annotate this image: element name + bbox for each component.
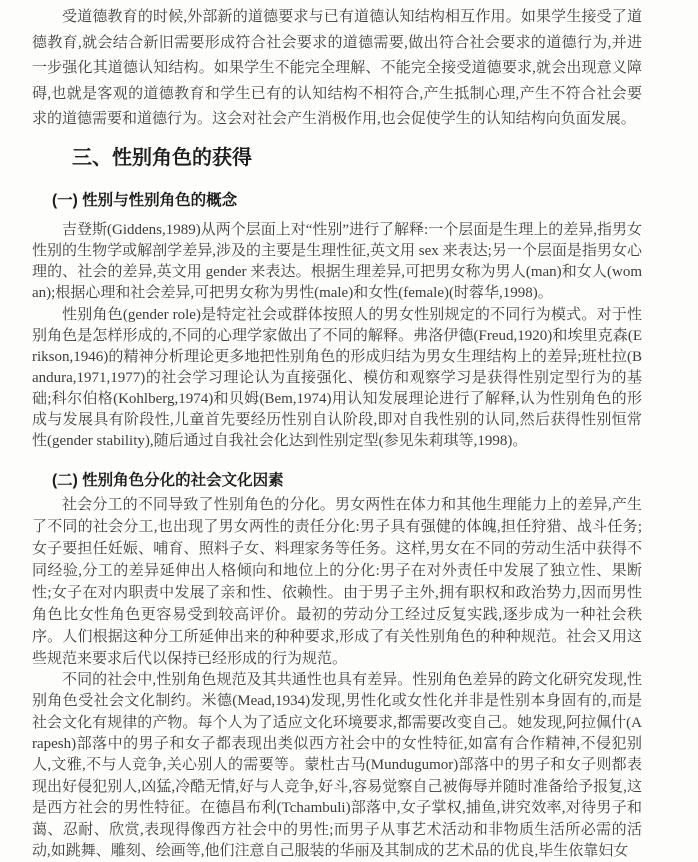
section-heading: 三、性别角色的获得: [72, 145, 642, 171]
paragraph-cross-cultural-studies: 不同的社会中,性别角色规范及其共通性也具有差异。性别角色差异的跨文化研究发现,性…: [32, 670, 642, 862]
paragraph-division-of-labor: 社会分工的不同导致了性别角色的分化。男女两性在体力和其他生理能力上的差异,产生了…: [32, 494, 642, 670]
paragraph-moral-education-continued: 受道德教育的时候,外部新的道德要求与已有道德认知结构相互作用。如果学生接受了道德…: [32, 5, 642, 133]
paragraph-gender-concept: 吉登斯(Giddens,1989)从两个层面上对“性别”进行了解释:一个层面是生…: [32, 220, 642, 305]
subsection-heading-1: (一) 性别与性别角色的概念: [52, 191, 642, 211]
paragraph-gender-role-theories: 性别角色(gender role)是特定社会或群体按照人的男女性别规定的不同行为…: [32, 305, 642, 452]
subsection-heading-2: (二) 性别角色分化的社会文化因素: [52, 471, 642, 491]
document-page: 受道德教育的时候,外部新的道德要求与已有道德认知结构相互作用。如果学生接受了道德…: [0, 0, 698, 862]
